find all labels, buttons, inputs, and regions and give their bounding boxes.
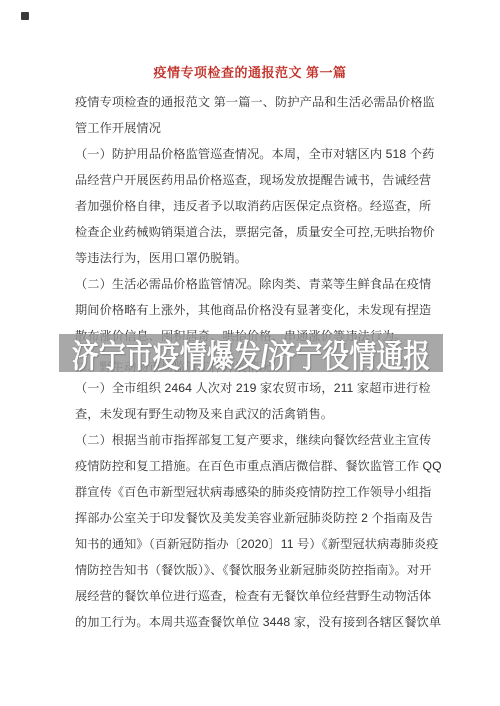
body-line: 疫情专项检查的通报范文 第一篇一、防护产品和生活必需品价格监 (75, 89, 427, 115)
watermark-band: 济宁市疫情爆发/济宁役情通报 (59, 334, 443, 372)
body-line: 检查企业药械购销渠道合法，票据完备，质量安全可控,无哄抬物价 (75, 219, 427, 245)
body-line: 疫情防控和复工措施。在百色市重点酒店微信群、餐饮监管工作 QQ (75, 453, 427, 479)
body-line: （一）防护用品价格监管巡查情况。本周，全市对辖区内 518 个药 (75, 141, 427, 167)
body-line: 管工作开展情况 (75, 115, 427, 141)
body-line: 期间价格略有上涨外，其他商品价格没有显著变化，未发现有捏造 (75, 297, 427, 323)
body-line: 展经营的餐饮单位进行巡查，检查有无餐饮单位经营野生动物活体 (75, 583, 427, 609)
body-line: 的加工行为。本周共巡查餐饮单位 3448 家，没有接到各辖区餐饮单 (75, 609, 427, 635)
body-line: （二）根据当前市指挥部复工复产要求，继续向餐饮经营业主宣传 (75, 427, 427, 453)
body-line: 知书的通知》（百新冠防指办〔2020〕11 号）《新型冠状病毒肺炎疫 (75, 531, 427, 557)
document-page: 疫情专项检查的通报范文 第一篇 疫情专项检查的通报范文 第一篇一、防护产品和生活… (0, 0, 500, 706)
watermark-text: 济宁市疫情爆发/济宁役情通报 (72, 330, 431, 376)
body-line: 品经营户开展医药用品价格巡查，现场发放提醒告诫书，告诫经营 (75, 167, 427, 193)
body-line: 者加强价格自律，违反者予以取消药店医保定点资格。经巡查，所 (75, 193, 427, 219)
body-line: 情防控告知书（餐饮版）》、《餐饮服务业新冠肺炎防控指南》。对开 (75, 557, 427, 583)
stray-mark (21, 12, 29, 20)
body-line: （二）生活必需品价格监管情况。除肉类、青菜等生鲜食品在疫情 (75, 271, 427, 297)
body-line: 挥部办公室关于印发餐饮及美发美容业新冠肺炎防控 2 个指南及告 (75, 505, 427, 531)
document-title: 疫情专项检查的通报范文 第一篇 (0, 62, 500, 81)
body-line: 查，未发现有野生动物及来自武汉的活禽销售。 (75, 401, 427, 427)
body-line: 群宣传《百色市新型冠状病毒感染的肺炎疫情防控工作领导小组指 (75, 479, 427, 505)
body-line: 等违法行为，医用口罩仍脱销。 (75, 245, 427, 271)
